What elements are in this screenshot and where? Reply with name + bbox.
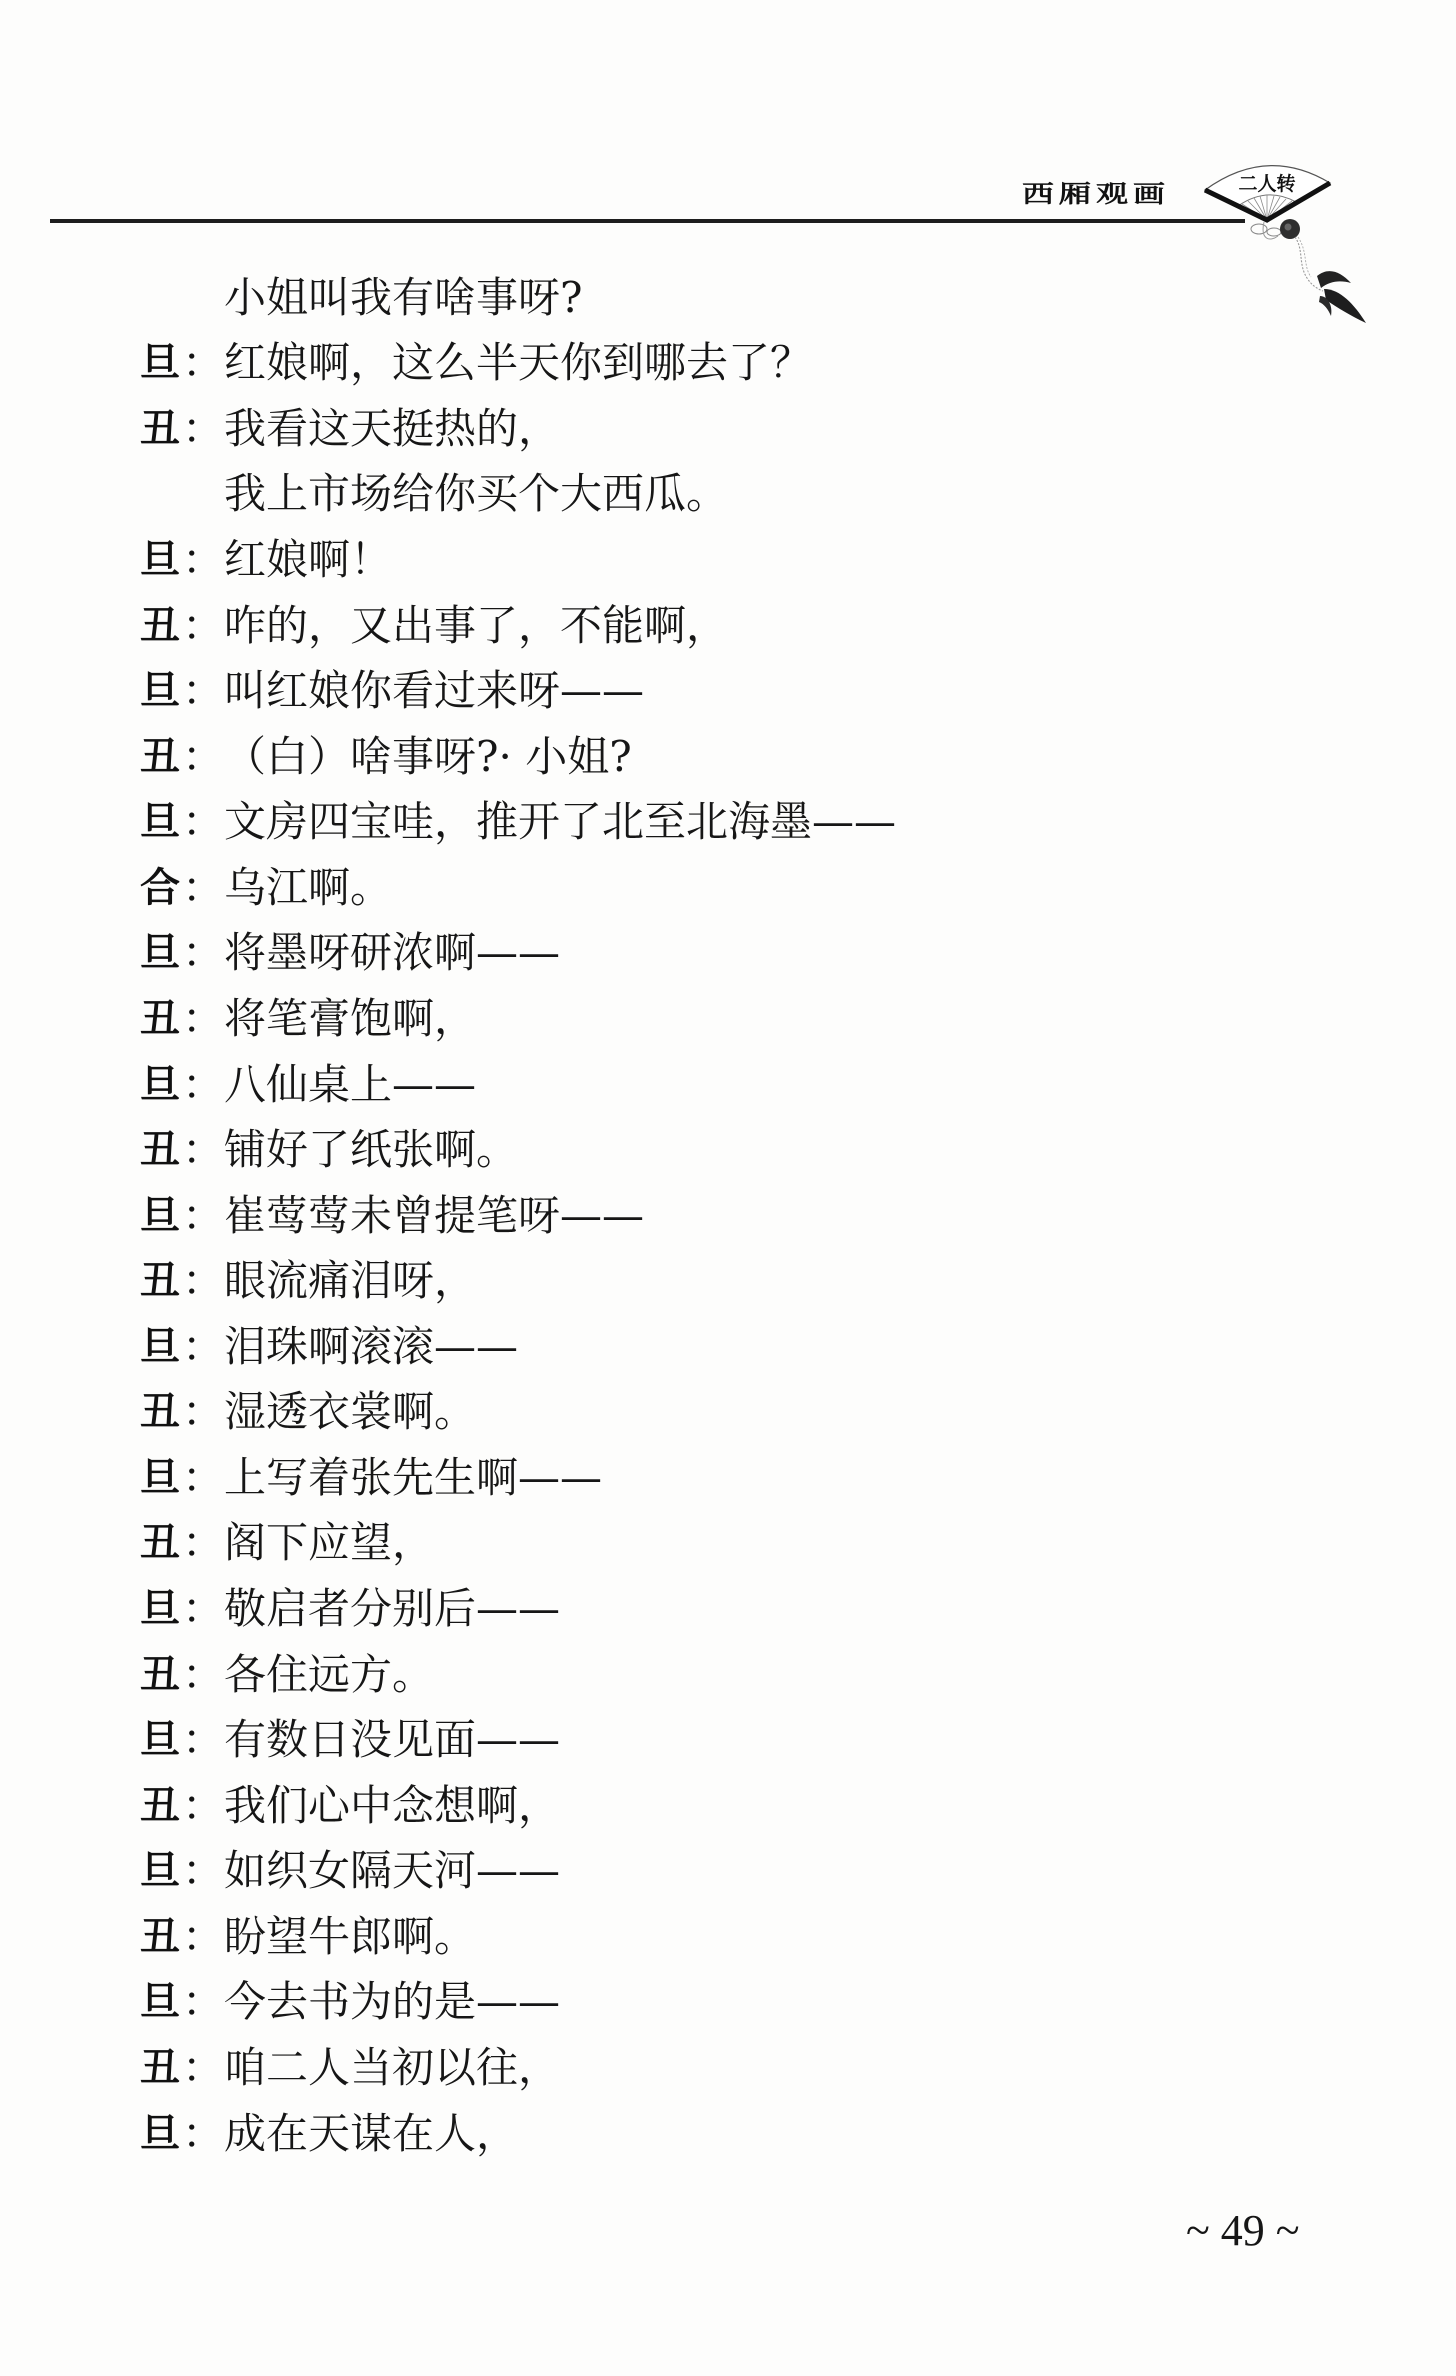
speaker-colon: ： <box>182 1916 224 1958</box>
dialogue-text: 崔莺莺未曾提笔呀—— <box>224 1195 644 1237</box>
dialogue-text: 上写着张先生啊—— <box>224 1457 602 1499</box>
speaker-colon: ： <box>182 1785 224 1827</box>
dialogue-text: （白）啥事呀?· 小姐? <box>224 736 632 778</box>
dialogue-line: 丑：阁下应望， <box>140 1511 896 1577</box>
dialogue-line: 旦：叫红娘你看过来呀—— <box>140 658 896 724</box>
dialogue-text: 眼流痛泪呀， <box>224 1260 476 1302</box>
dialogue-text: 敬启者分别后—— <box>224 1588 560 1630</box>
dialogue-line: 丑：湿透衣裳啊。 <box>140 1380 896 1446</box>
dialogue-line: 丑：咋的，又出事了，不能啊， <box>140 593 896 659</box>
dialogue-text: 红娘啊，这么半天你到哪去了？ <box>224 342 812 384</box>
page-number: ~ 49 ~ <box>1186 2209 1300 2253</box>
speaker-label: 旦 <box>140 2113 182 2155</box>
speaker-colon: ： <box>182 2113 224 2155</box>
speaker-label: 旦 <box>140 1719 182 1761</box>
speaker-colon: ： <box>182 1522 224 1564</box>
dialogue-text: 我看这天挺热的， <box>224 408 560 450</box>
speaker-label: 丑 <box>140 1654 182 1696</box>
running-title: 西厢观画 <box>1022 182 1170 206</box>
book-page: 西厢观画 二人转 <box>0 0 1456 2376</box>
dialogue-line: 旦：泪珠啊滚滚—— <box>140 1314 896 1380</box>
dialogue-line: 旦：敬启者分别后—— <box>140 1576 896 1642</box>
speaker-colon: ： <box>182 2047 224 2089</box>
dialogue-text: 红娘啊！ <box>224 539 392 581</box>
speaker-colon: ： <box>182 1850 224 1892</box>
speaker-colon: ： <box>182 1391 224 1433</box>
speaker-colon: ： <box>182 801 224 843</box>
speaker-colon: ： <box>182 1981 224 2023</box>
speaker-colon: ： <box>182 1129 224 1171</box>
speaker-label: 旦 <box>140 342 182 384</box>
speaker-label: 丑 <box>140 1522 182 1564</box>
speaker-label: 丑 <box>140 998 182 1040</box>
dialogue-line: 丑：我看这天挺热的， <box>140 396 896 462</box>
fan-label: 二人转 <box>1238 172 1295 195</box>
speaker-colon: ： <box>182 932 224 974</box>
dialogue-text: 八仙桌上—— <box>224 1064 476 1106</box>
speaker-label: 丑 <box>140 1260 182 1302</box>
dialogue-text: 今去书为的是—— <box>224 1981 560 2023</box>
speaker-label: 旦 <box>140 539 182 581</box>
dialogue-text: 咋的，又出事了，不能啊， <box>224 605 728 647</box>
speaker-colon: ： <box>182 1195 224 1237</box>
speaker-label: 丑 <box>140 2047 182 2089</box>
speaker-colon: ： <box>182 342 224 384</box>
speaker-colon: ： <box>182 1326 224 1368</box>
dialogue-text: 成在天谋在人， <box>224 2113 518 2155</box>
dialogue-text: 泪珠啊滚滚—— <box>224 1326 518 1368</box>
dialogue-text: 各住远方。 <box>224 1654 434 1696</box>
dialogue-line: 旦：八仙桌上—— <box>140 1052 896 1118</box>
dialogue-text: 将墨呀研浓啊—— <box>224 932 560 974</box>
speaker-label: 丑 <box>140 605 182 647</box>
header-rule <box>50 219 1245 223</box>
dialogue-text: 小姐叫我有啥事呀? <box>224 277 583 319</box>
speaker-colon: ： <box>182 736 224 778</box>
dialogue-text: 我们心中念想啊， <box>224 1785 560 1827</box>
speaker-label: 旦 <box>140 1064 182 1106</box>
dialogue-text: 文房四宝哇，推开了北至北海墨—— <box>224 801 896 843</box>
dialogue-line: 旦：红娘啊！ <box>140 527 896 593</box>
dialogue-text: 将笔膏饱啊， <box>224 998 476 1040</box>
speaker-label: 丑 <box>140 1785 182 1827</box>
speaker-label: 旦 <box>140 1588 182 1630</box>
speaker-colon: ： <box>182 1260 224 1302</box>
dialogue-text: 铺好了纸张啊。 <box>224 1129 518 1171</box>
dialogue-text: 乌江啊。 <box>224 867 392 909</box>
dialogue-text: 有数日没见面—— <box>224 1719 560 1761</box>
speaker-label: 合 <box>140 867 182 909</box>
dialogue-line: 丑：各住远方。 <box>140 1642 896 1708</box>
dialogue-line: 我上市场给你买个大西瓜。 <box>140 462 896 528</box>
dialogue-line: 旦：将墨呀研浓啊—— <box>140 921 896 987</box>
dialogue-text: 如织女隔天河—— <box>224 1850 560 1892</box>
dialogue-line: 丑：（白）啥事呀?· 小姐? <box>140 724 896 790</box>
dialogue-text: 湿透衣裳啊。 <box>224 1391 476 1433</box>
speaker-label: 旦 <box>140 932 182 974</box>
speaker-colon: ： <box>182 539 224 581</box>
dialogue-line: 小姐叫我有啥事呀? <box>140 265 896 331</box>
dialogue-line: 丑：将笔膏饱啊， <box>140 986 896 1052</box>
speaker-colon: ： <box>182 1588 224 1630</box>
dialogue-text: 咱二人当初以往， <box>224 2047 560 2089</box>
dialogue-line: 旦：有数日没见面—— <box>140 1707 896 1773</box>
speaker-label: 丑 <box>140 408 182 450</box>
dialogue-line: 合：乌江啊。 <box>140 855 896 921</box>
speaker-label: 旦 <box>140 1195 182 1237</box>
speaker-colon: ： <box>182 670 224 712</box>
speaker-label: 旦 <box>140 1981 182 2023</box>
dialogue-script: 小姐叫我有啥事呀? 旦：红娘啊，这么半天你到哪去了？ 丑：我看这天挺热的， 我上… <box>140 265 896 2166</box>
dialogue-line: 旦：红娘啊，这么半天你到哪去了？ <box>140 331 896 397</box>
speaker-colon: ： <box>182 605 224 647</box>
dialogue-text: 我上市场给你买个大西瓜。 <box>224 473 728 515</box>
speaker-colon: ： <box>182 1654 224 1696</box>
dialogue-line: 旦：成在天谋在人， <box>140 2101 896 2167</box>
fan-emblem-icon: 二人转 <box>1190 150 1380 330</box>
speaker-label: 旦 <box>140 801 182 843</box>
dialogue-line: 旦：今去书为的是—— <box>140 1970 896 2036</box>
dialogue-text: 阁下应望， <box>224 1522 434 1564</box>
speaker-label: 丑 <box>140 1391 182 1433</box>
dialogue-line: 丑：我们心中念想啊， <box>140 1773 896 1839</box>
dialogue-line: 旦：如织女隔天河—— <box>140 1839 896 1905</box>
speaker-label: 丑 <box>140 736 182 778</box>
dialogue-line: 丑：咱二人当初以往， <box>140 2035 896 2101</box>
dialogue-line: 旦：文房四宝哇，推开了北至北海墨—— <box>140 790 896 856</box>
speaker-colon: ： <box>182 1064 224 1106</box>
dialogue-line: 丑：盼望牛郎啊。 <box>140 1904 896 1970</box>
speaker-label: 旦 <box>140 1457 182 1499</box>
dialogue-text: 盼望牛郎啊。 <box>224 1916 476 1958</box>
speaker-colon: ： <box>182 998 224 1040</box>
speaker-label: 丑 <box>140 1916 182 1958</box>
dialogue-line: 丑：铺好了纸张啊。 <box>140 1117 896 1183</box>
speaker-colon: ： <box>182 1719 224 1761</box>
dialogue-line: 旦：上写着张先生啊—— <box>140 1445 896 1511</box>
speaker-colon: ： <box>182 867 224 909</box>
dialogue-line: 旦：崔莺莺未曾提笔呀—— <box>140 1183 896 1249</box>
dialogue-line: 丑：眼流痛泪呀， <box>140 1248 896 1314</box>
speaker-label: 旦 <box>140 1850 182 1892</box>
speaker-colon: ： <box>182 408 224 450</box>
speaker-label: 丑 <box>140 1129 182 1171</box>
dialogue-text: 叫红娘你看过来呀—— <box>224 670 644 712</box>
speaker-colon: ： <box>182 1457 224 1499</box>
speaker-label: 旦 <box>140 1326 182 1368</box>
speaker-label: 旦 <box>140 670 182 712</box>
